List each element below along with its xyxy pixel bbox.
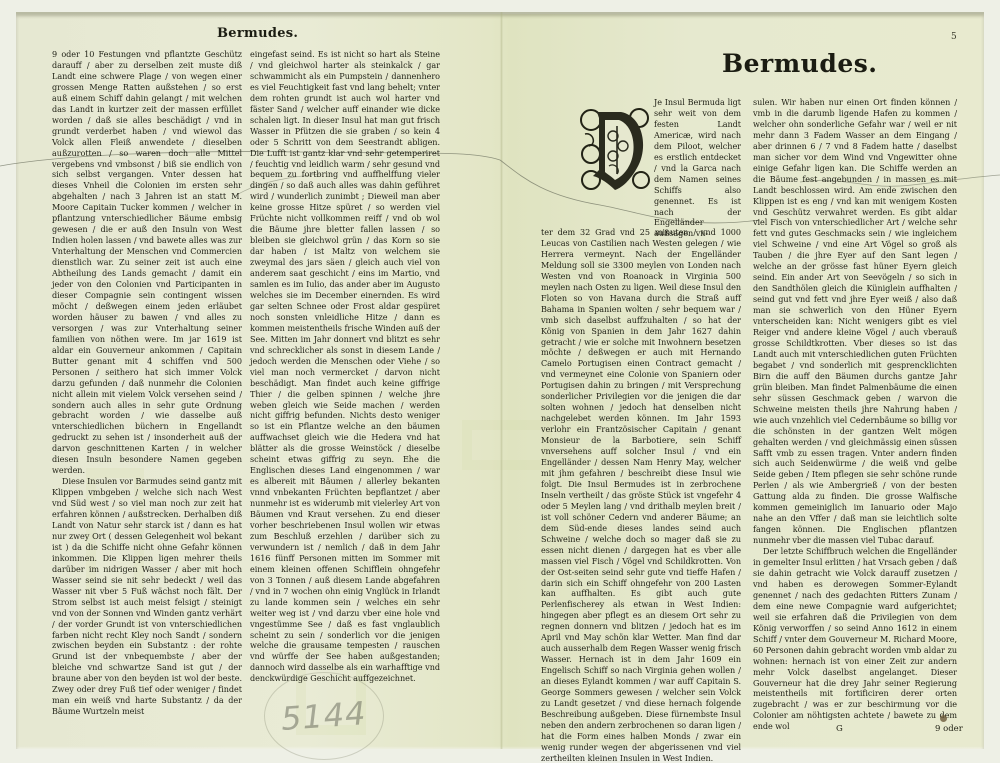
paragraph: sulen. Wir haben nur einen Ort finden kö… <box>753 97 957 546</box>
paragraph: ter dem 32 Grad vnd 25 minuten / vnd 100… <box>541 227 741 763</box>
page-number: 5 <box>951 32 957 42</box>
foxing-spot <box>940 715 947 722</box>
signature-mark: G <box>836 724 843 734</box>
paragraph: eingefast seind. Es ist nicht so hart al… <box>250 49 440 684</box>
right-page: 5 Bermudes. Je Insul Bermuda ligt sehr w… <box>503 12 984 749</box>
left-page: Bermudes. 9 oder 10 Festungen vnd pflant… <box>16 12 500 749</box>
pencil-inventory-number: 5144 <box>280 694 368 738</box>
catchword: 9 oder <box>935 724 963 734</box>
text-column-left-1: 9 oder 10 Festungen vnd pflantzte Geschü… <box>52 49 242 717</box>
paragraph: Diese Insulen vor Barmudes seind gantz m… <box>52 476 242 717</box>
paragraph: Je Insul Bermuda ligt sehr weit von dem … <box>654 97 741 239</box>
text-column-right-1: ter dem 32 Grad vnd 25 minuten / vnd 100… <box>541 227 741 763</box>
paragraph: Der letzte Schiffbruch welchen die Engel… <box>753 546 957 732</box>
ornamental-drop-cap-icon <box>579 104 651 192</box>
text-column-right-2: sulen. Wir haben nur einen Ort finden kö… <box>753 97 957 732</box>
intro-text-beside-drop-cap: Je Insul Bermuda ligt sehr weit von dem … <box>654 97 741 239</box>
paragraph: 9 oder 10 Festungen vnd pflantzte Geschü… <box>52 49 242 476</box>
text-column-left-2: eingefast seind. Es ist nicht so hart al… <box>250 49 440 684</box>
page-title: Bermudes. <box>722 49 878 78</box>
running-head: Bermudes. <box>217 26 298 41</box>
